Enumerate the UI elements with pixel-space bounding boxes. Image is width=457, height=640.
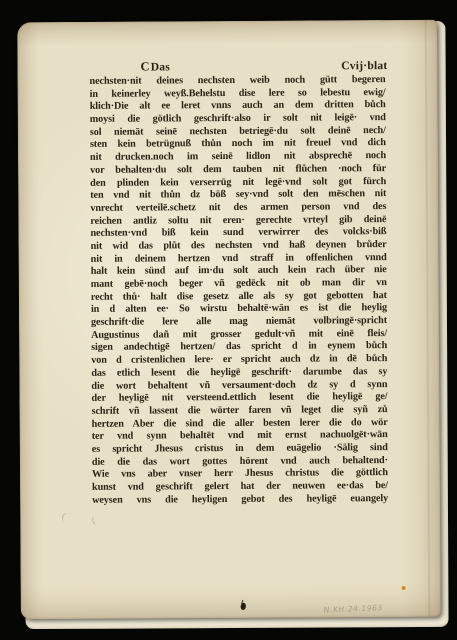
folio-number: Cvij·blat [341, 59, 387, 73]
text-line: weysen vns die heyligen gebot des heylig… [92, 493, 388, 507]
pencil-squiggle [91, 515, 101, 526]
text-block: nechsten·nit deines nechsten weib noch g… [90, 74, 389, 507]
pencil-squiggle [61, 512, 71, 523]
text-line: vor behalten·du solt dem tauben nit flůc… [90, 163, 386, 177]
text-line: schrift vñ lassent die wörter faren vñ l… [92, 404, 388, 418]
text-line: es spricht Jhesus cristus in dem euāgeli… [92, 442, 388, 456]
chapter-title: Das [151, 60, 170, 73]
text-line: nit wid das plůt des nechsten vnd haß de… [91, 239, 387, 253]
foxing-speck [402, 586, 406, 590]
photo-background: CDas Cvij·blat nechsten·nit deines nechs… [0, 0, 457, 640]
text-line: das etlich lesent die heyligē geschrift·… [91, 366, 387, 380]
capitulum-mark: C [140, 59, 149, 73]
chapter-heading: CDas [89, 59, 170, 74]
page-header: CDas Cvij·blat [89, 58, 387, 75]
fore-edge-crease [424, 20, 431, 617]
text-line: vnrecht verteilē.schetz nit des armen pe… [90, 201, 386, 215]
catalog-annotation: N.KH.24.1963 [324, 603, 383, 614]
ink-blot [241, 603, 246, 610]
manuscript-page: CDas Cvij·blat nechsten·nit deines nechs… [17, 20, 441, 620]
